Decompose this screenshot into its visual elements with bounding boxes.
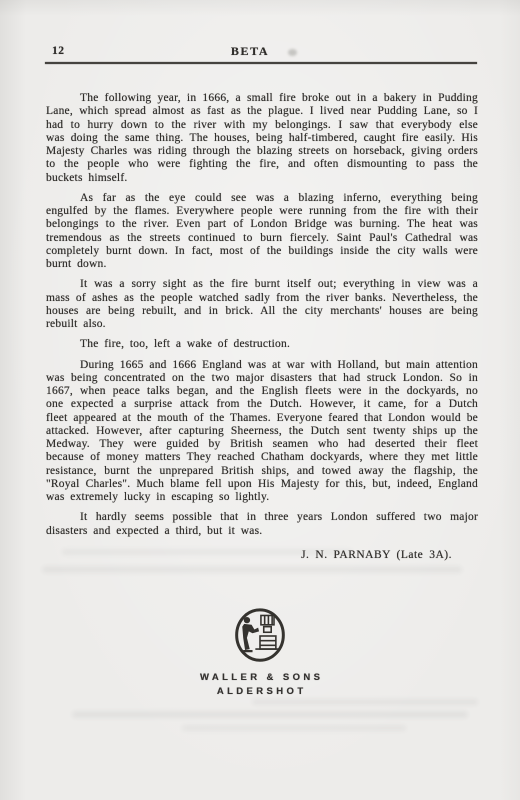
ink-smudge bbox=[288, 49, 297, 56]
paragraph: It hardly seems possible that in three y… bbox=[46, 511, 478, 538]
scanned-page: 12 BETA The following year, in 1666, a s… bbox=[0, 0, 520, 800]
printer-location: ALDERSHOT bbox=[0, 685, 520, 699]
printer-imprint: WALLER & SONS ALDERSHOT bbox=[0, 671, 520, 698]
paragraph: The following year, in 1666, a small fir… bbox=[46, 92, 478, 185]
printer-press-emblem-icon bbox=[232, 605, 288, 667]
article-body: The following year, in 1666, a small fir… bbox=[46, 92, 478, 562]
show-through-smudge bbox=[72, 711, 468, 718]
paragraph: As far as the eye could see was a blazin… bbox=[46, 192, 478, 272]
show-through-smudge bbox=[62, 549, 352, 555]
show-through-smudge bbox=[252, 699, 478, 705]
page-title: BETA bbox=[0, 44, 500, 59]
paragraph: During 1665 and 1666 England was at war … bbox=[46, 359, 478, 505]
printer-name: WALLER & SONS bbox=[0, 671, 520, 685]
show-through-smudge bbox=[42, 566, 462, 573]
paragraph: It was a sorry sight as the fire burnt i… bbox=[46, 278, 478, 331]
header-rule bbox=[45, 62, 477, 64]
paragraph: The fire, too, left a wake of destructio… bbox=[46, 338, 478, 351]
show-through-smudge bbox=[182, 725, 406, 731]
